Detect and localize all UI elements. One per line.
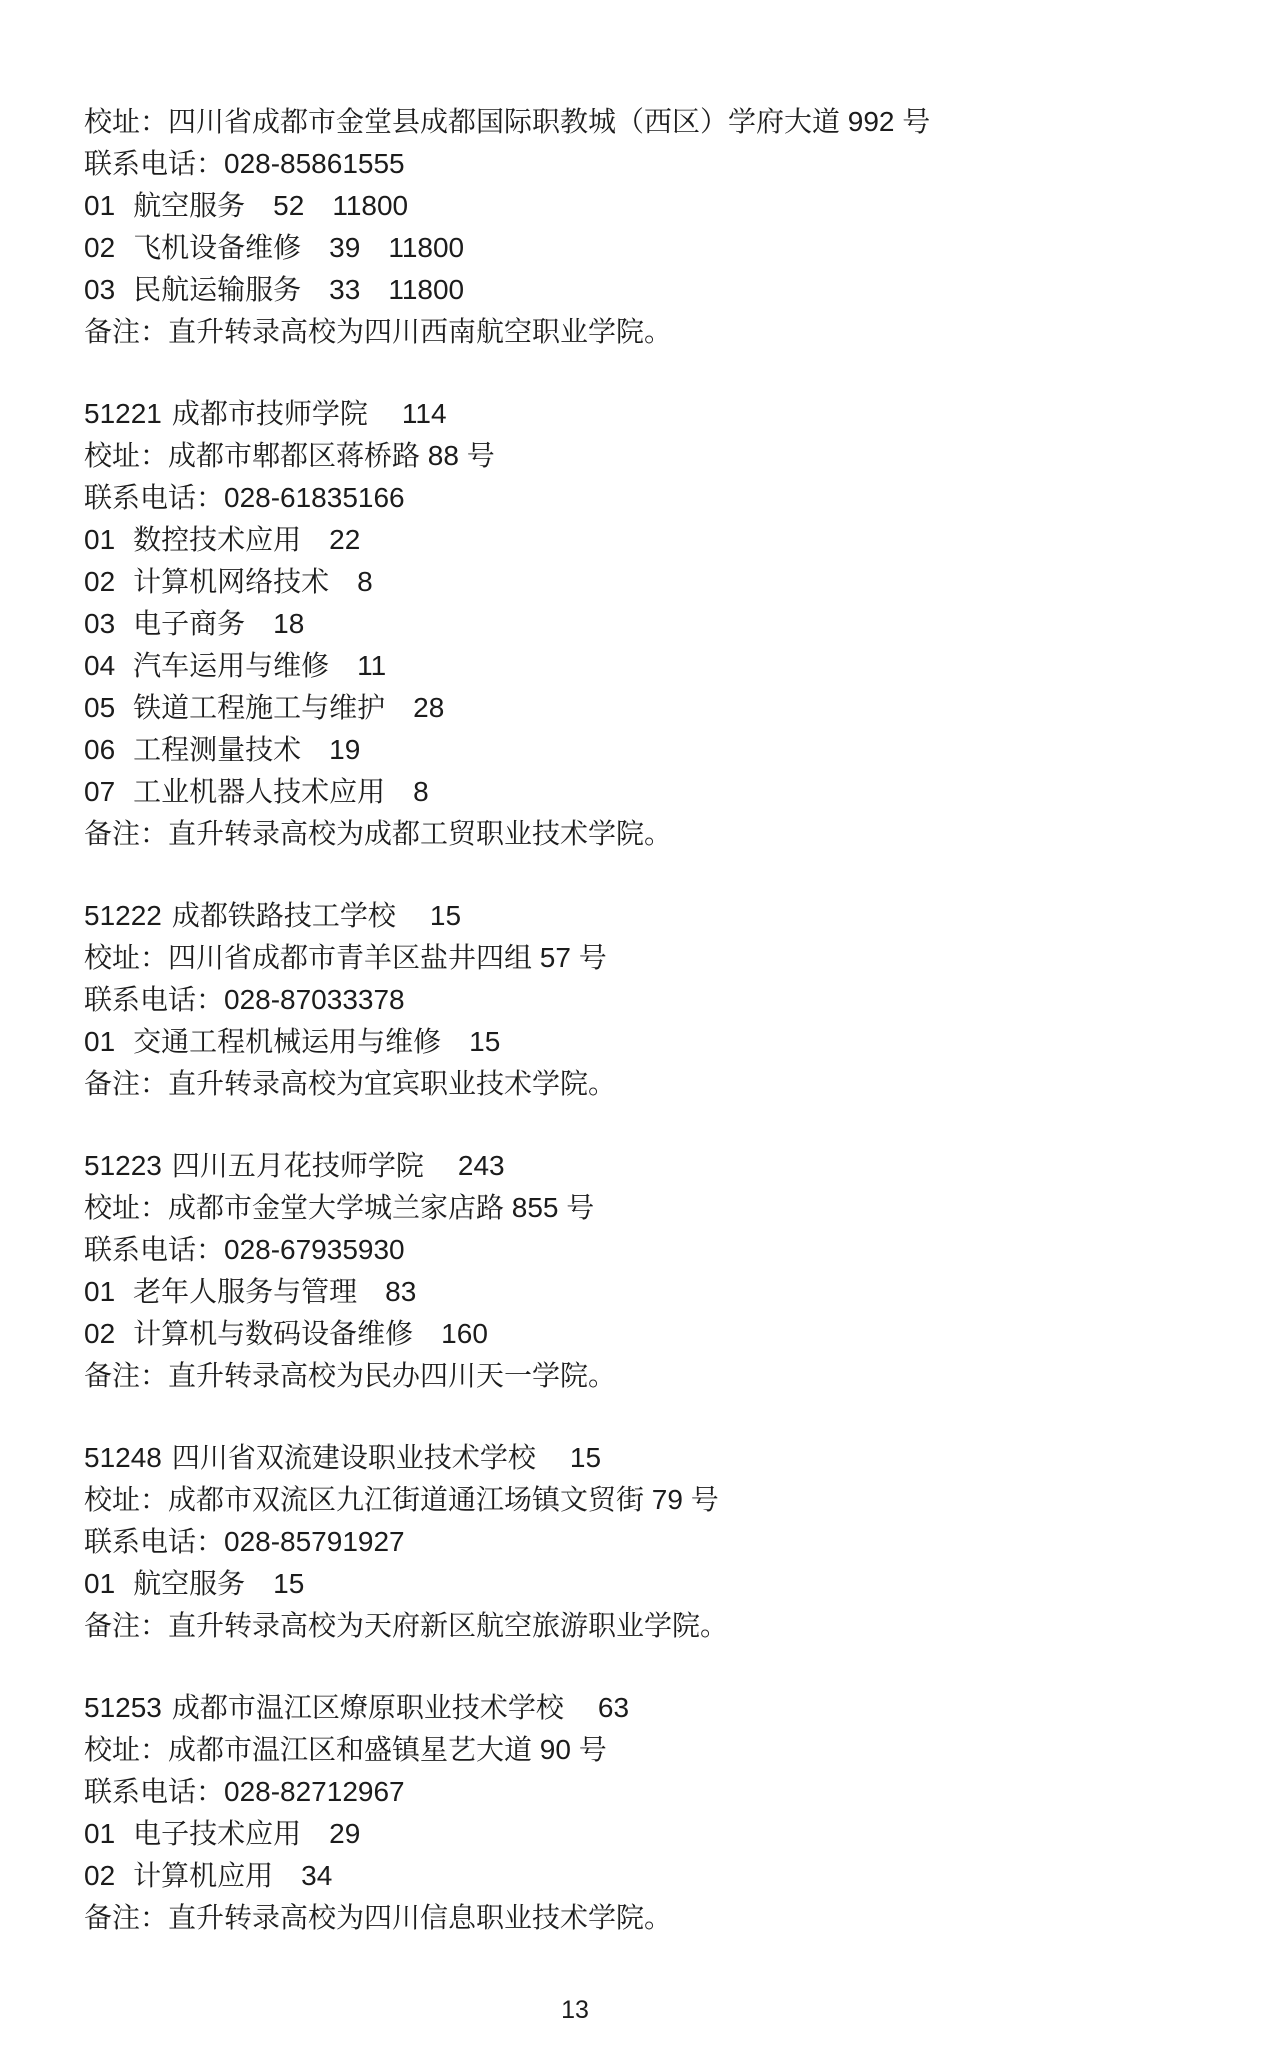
program-row: 01老年人服务与管理83 (84, 1271, 1184, 1313)
school-title: 51253成都市温江区燎原职业技术学校63 (84, 1687, 1184, 1729)
school-name: 成都铁路技工学校 (172, 900, 396, 931)
program-row: 03电子商务18 (84, 603, 1184, 645)
program-row: 01电子技术应用29 (84, 1813, 1184, 1855)
school-code: 51221 (84, 398, 162, 429)
phone-line: 联系电话：028-67935930 (84, 1229, 1184, 1271)
phone-line: 联系电话：028-85791927 (84, 1521, 1184, 1563)
phone-line: 联系电话：028-85861555 (84, 143, 1184, 185)
program-name: 交通工程机械运用与维修 (133, 1026, 441, 1057)
program-plan: 34 (301, 1860, 332, 1891)
school-name: 四川五月花技师学院 (172, 1150, 424, 1181)
school-section: 校址：四川省成都市金堂县成都国际职教城（西区）学府大道 992 号 联系电话：0… (84, 101, 1184, 353)
program-code: 06 (84, 734, 115, 765)
program-plan: 29 (329, 1818, 360, 1849)
program-fee: 11800 (388, 232, 464, 263)
program-plan: 15 (273, 1568, 304, 1599)
note-line: 备注：直升转录高校为成都工贸职业技术学院。 (84, 813, 1184, 855)
program-plan: 160 (441, 1318, 488, 1349)
program-row: 01数控技术应用22 (84, 519, 1184, 561)
school-code: 51222 (84, 900, 162, 931)
program-name: 航空服务 (133, 1568, 245, 1599)
program-plan: 28 (413, 692, 444, 723)
phone-line: 联系电话：028-82712967 (84, 1771, 1184, 1813)
program-code: 02 (84, 566, 115, 597)
program-fee: 11800 (388, 274, 464, 305)
program-plan: 19 (329, 734, 360, 765)
school-title: 51223四川五月花技师学院243 (84, 1145, 1184, 1187)
program-row: 06工程测量技术19 (84, 729, 1184, 771)
program-name: 工程测量技术 (133, 734, 301, 765)
program-plan: 15 (469, 1026, 500, 1057)
program-row: 04汽车运用与维修11 (84, 645, 1184, 687)
program-name: 民航运输服务 (133, 274, 301, 305)
school-section: 51253成都市温江区燎原职业技术学校63 校址：成都市温江区和盛镇星艺大道 9… (84, 1687, 1184, 1939)
program-code: 03 (84, 274, 115, 305)
address-line: 校址：四川省成都市青羊区盐井四组 57 号 (84, 937, 1184, 979)
program-row: 02计算机与数码设备维修160 (84, 1313, 1184, 1355)
school-title: 51221成都市技师学院114 (84, 393, 1184, 435)
program-name: 飞机设备维修 (133, 232, 301, 263)
program-code: 01 (84, 1026, 115, 1057)
school-section: 51223四川五月花技师学院243 校址：成都市金堂大学城兰家店路 855 号 … (84, 1145, 1184, 1397)
address-line: 校址：成都市温江区和盛镇星艺大道 90 号 (84, 1729, 1184, 1771)
school-code: 51248 (84, 1442, 162, 1473)
program-name: 汽车运用与维修 (133, 650, 329, 681)
phone-line: 联系电话：028-61835166 (84, 477, 1184, 519)
program-code: 07 (84, 776, 115, 807)
program-name: 电子商务 (133, 608, 245, 639)
address-line: 校址：成都市金堂大学城兰家店路 855 号 (84, 1187, 1184, 1229)
school-section: 51222成都铁路技工学校15 校址：四川省成都市青羊区盐井四组 57 号 联系… (84, 895, 1184, 1105)
program-row: 01交通工程机械运用与维修15 (84, 1021, 1184, 1063)
program-row: 02计算机网络技术8 (84, 561, 1184, 603)
school-count: 15 (570, 1442, 601, 1473)
page-number: 13 (84, 1996, 1066, 2024)
address-line: 校址：成都市郫都区蒋桥路 88 号 (84, 435, 1184, 477)
program-fee: 11800 (332, 190, 408, 221)
program-row: 07工业机器人技术应用8 (84, 771, 1184, 813)
program-code: 05 (84, 692, 115, 723)
program-code: 01 (84, 1276, 115, 1307)
program-name: 计算机网络技术 (133, 566, 329, 597)
program-plan: 52 (273, 190, 304, 221)
school-name: 成都市温江区燎原职业技术学校 (172, 1692, 564, 1723)
program-plan: 8 (357, 566, 373, 597)
school-name: 成都市技师学院 (172, 398, 368, 429)
address-line: 校址：四川省成都市金堂县成都国际职教城（西区）学府大道 992 号 (84, 101, 1184, 143)
program-name: 航空服务 (133, 190, 245, 221)
school-section: 51248四川省双流建设职业技术学校15 校址：成都市双流区九江街道通江场镇文贸… (84, 1437, 1184, 1647)
school-name: 四川省双流建设职业技术学校 (172, 1442, 536, 1473)
program-plan: 18 (273, 608, 304, 639)
school-count: 114 (402, 398, 447, 429)
program-name: 老年人服务与管理 (133, 1276, 357, 1307)
program-plan: 33 (329, 274, 360, 305)
program-name: 电子技术应用 (133, 1818, 301, 1849)
program-row: 01航空服务5211800 (84, 185, 1184, 227)
program-name: 计算机应用 (133, 1860, 273, 1891)
program-row: 05铁道工程施工与维护28 (84, 687, 1184, 729)
program-plan: 22 (329, 524, 360, 555)
program-row: 01航空服务15 (84, 1563, 1184, 1605)
school-count: 63 (598, 1692, 629, 1723)
program-name: 铁道工程施工与维护 (133, 692, 385, 723)
address-line: 校址：成都市双流区九江街道通江场镇文贸街 79 号 (84, 1479, 1184, 1521)
program-name: 工业机器人技术应用 (133, 776, 385, 807)
program-code: 01 (84, 1568, 115, 1599)
program-name: 计算机与数码设备维修 (133, 1318, 413, 1349)
program-code: 04 (84, 650, 115, 681)
school-title: 51222成都铁路技工学校15 (84, 895, 1184, 937)
note-line: 备注：直升转录高校为天府新区航空旅游职业学院。 (84, 1605, 1184, 1647)
program-row: 03民航运输服务3311800 (84, 269, 1184, 311)
program-name: 数控技术应用 (133, 524, 301, 555)
program-plan: 8 (413, 776, 429, 807)
program-code: 01 (84, 524, 115, 555)
program-code: 02 (84, 1860, 115, 1891)
school-count: 243 (458, 1150, 505, 1181)
program-code: 02 (84, 1318, 115, 1349)
program-code: 01 (84, 1818, 115, 1849)
note-line: 备注：直升转录高校为民办四川天一学院。 (84, 1355, 1184, 1397)
document-page: { "page": { "number": "13" }, "sections"… (0, 0, 1269, 2066)
school-code: 51253 (84, 1692, 162, 1723)
program-plan: 39 (329, 232, 360, 263)
school-section: 51221成都市技师学院114 校址：成都市郫都区蒋桥路 88 号 联系电话：0… (84, 393, 1184, 855)
program-code: 02 (84, 232, 115, 263)
school-count: 15 (430, 900, 461, 931)
program-code: 01 (84, 190, 115, 221)
note-line: 备注：直升转录高校为宜宾职业技术学院。 (84, 1063, 1184, 1105)
program-row: 02计算机应用34 (84, 1855, 1184, 1897)
note-line: 备注：直升转录高校为四川信息职业技术学院。 (84, 1897, 1184, 1939)
school-code: 51223 (84, 1150, 162, 1181)
program-plan: 11 (357, 650, 386, 681)
program-row: 02飞机设备维修3911800 (84, 227, 1184, 269)
note-line: 备注：直升转录高校为四川西南航空职业学院。 (84, 311, 1184, 353)
phone-line: 联系电话：028-87033378 (84, 979, 1184, 1021)
document-body: 校址：四川省成都市金堂县成都国际职教城（西区）学府大道 992 号 联系电话：0… (84, 101, 1184, 1979)
school-title: 51248四川省双流建设职业技术学校15 (84, 1437, 1184, 1479)
program-plan: 83 (385, 1276, 416, 1307)
program-code: 03 (84, 608, 115, 639)
